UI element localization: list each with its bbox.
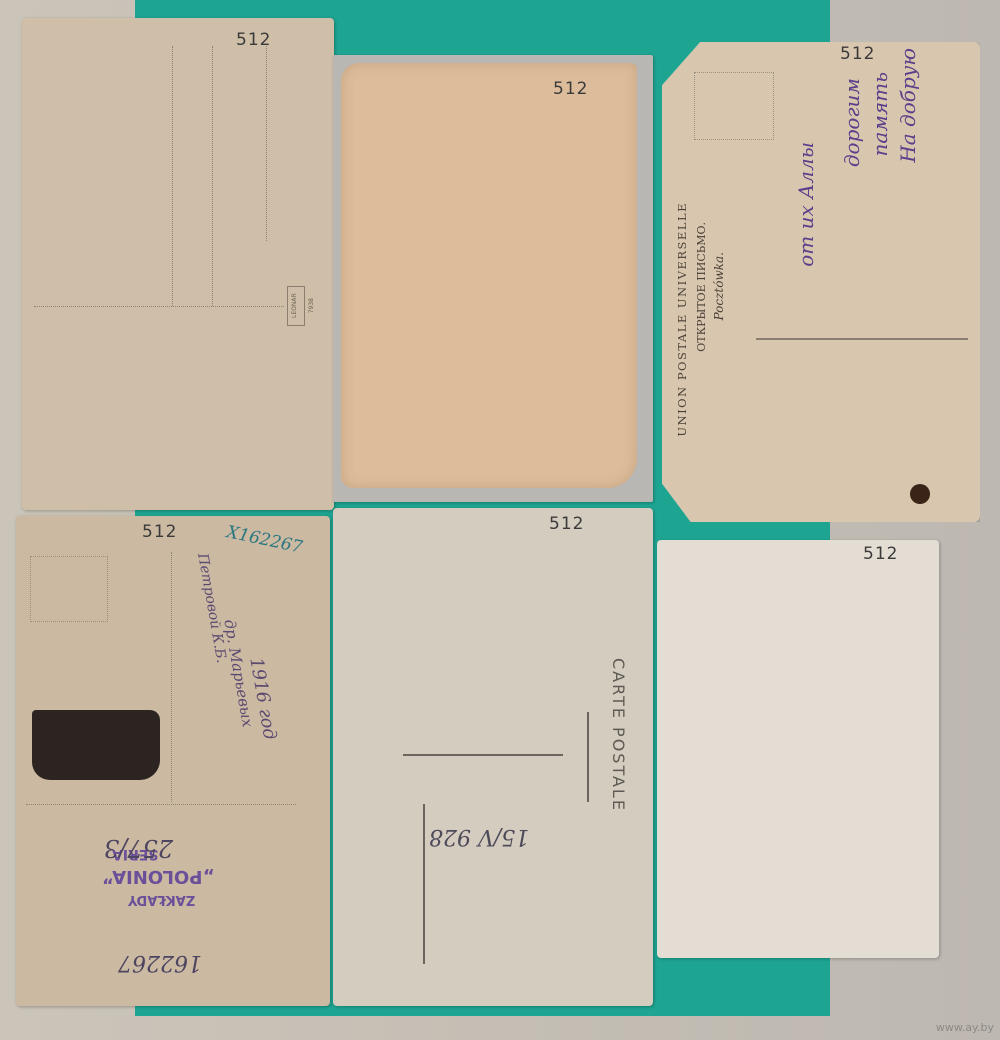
handwriting: Петровой К.Б. (194, 552, 229, 664)
divider-line (171, 552, 172, 802)
address-line (212, 46, 213, 306)
dark-blot (32, 710, 160, 780)
postcard-top-right: 512 UNION POSTALE UNIVERSELLE ОТКРЫТОЕ П… (662, 42, 980, 522)
torn-paper-residue (341, 63, 637, 488)
lot-number: 512 (142, 522, 177, 542)
carte-postale-label: CARTE POSTALE (609, 658, 628, 812)
handwriting: дорогим (840, 78, 864, 167)
printed-polish: Pocztówka. (712, 252, 726, 320)
postcard-bottom-right: 512 (657, 540, 939, 958)
rubber-stamp-name: „POLONIA” (102, 866, 214, 887)
divider-line (26, 804, 296, 805)
postcard-top-left: 512 LEONAR 7938 (22, 18, 334, 510)
divider-line (172, 46, 173, 306)
series-number: 257/3 (104, 834, 173, 862)
printed-upu: UNION POSTALE UNIVERSELLE (675, 202, 689, 437)
lot-number: 512 (863, 544, 898, 564)
handwriting: память (868, 72, 892, 156)
postcard-bottom-middle: 512 CARTE POSTALE 15/V 928 (333, 508, 653, 1006)
ink-catalog-number: X162267 (225, 522, 304, 558)
printed-russian: ОТКРЫТОЕ ПИСЬМО. (695, 222, 708, 352)
stamp-box (30, 556, 108, 622)
ink-stain (910, 484, 930, 504)
lot-number: 512 (840, 44, 875, 64)
divider-line (587, 712, 589, 802)
date-note: 15/V 928 (429, 824, 529, 849)
handwriting: На добрую (896, 48, 920, 163)
lot-number: 512 (549, 514, 584, 534)
divider-line (423, 804, 425, 964)
postcard-top-middle: 512 (333, 55, 653, 502)
catalog-number: 162267 (118, 950, 202, 975)
rubber-stamp-header: ZAKŁADY (128, 892, 195, 907)
publisher-code: 7938 (308, 298, 315, 313)
divider-line (34, 306, 284, 307)
handwriting: от их Аллы (794, 142, 818, 267)
postcard-bottom-left: 512 X162267 1916 год др. Марьевых Петров… (16, 516, 330, 1006)
stamp-box (694, 72, 774, 140)
divider-line (756, 338, 968, 340)
site-watermark: www.ay.by (936, 1021, 994, 1034)
address-line (266, 46, 267, 241)
publisher-mark: LEONAR (287, 286, 305, 326)
divider-line (403, 754, 563, 756)
lot-number: 512 (553, 79, 588, 99)
